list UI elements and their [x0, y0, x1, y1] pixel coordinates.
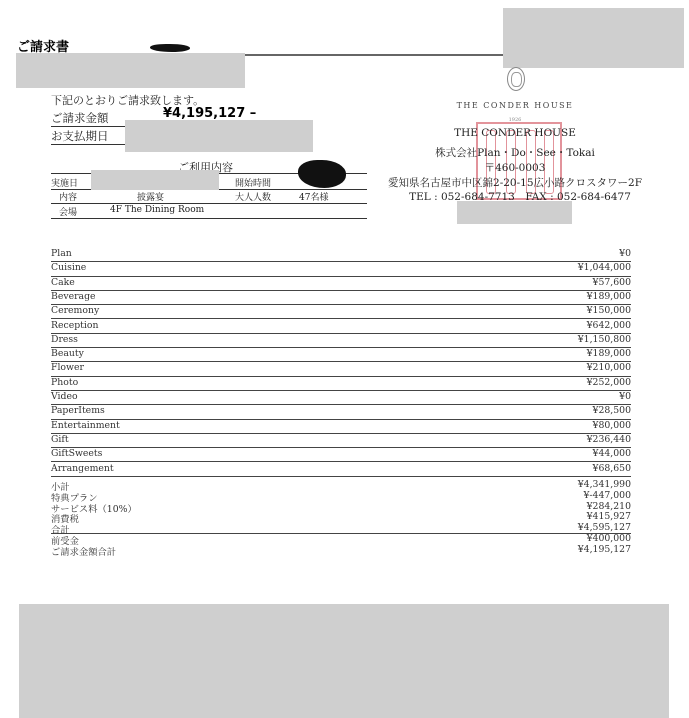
- summary-row: 小計¥4,341,990: [51, 479, 631, 490]
- charge-label: Gift: [51, 434, 69, 445]
- usage-value: 47名様: [299, 190, 328, 203]
- usage-row: 内容 披露宴 大人人数 47名様: [51, 188, 367, 204]
- charge-amount: ¥189,000: [587, 348, 631, 359]
- usage-label: 内容: [59, 190, 77, 203]
- charge-amount: ¥1,044,000: [578, 262, 631, 273]
- due-date-label: お支払期日: [51, 129, 109, 143]
- company-corp: 株式会社Plan・Do・See・Tokai: [415, 145, 615, 160]
- summary-amount: ¥-447,000: [583, 490, 631, 501]
- charge-row: Video¥0: [51, 390, 631, 405]
- charge-row: Beauty¥189,000: [51, 347, 631, 362]
- summary-row: ご請求金額合計¥4,195,127: [51, 544, 631, 555]
- charge-row: Plan¥0: [51, 247, 631, 262]
- charge-label: Ceremony: [51, 305, 99, 316]
- charge-label: Dress: [51, 334, 78, 345]
- charge-amount: ¥236,440: [587, 434, 631, 445]
- summary-amount: ¥415,927: [587, 511, 631, 522]
- charge-amount: ¥0: [619, 391, 631, 402]
- charge-amount: ¥252,000: [587, 377, 631, 388]
- usage-label: 会場: [59, 205, 77, 218]
- charge-amount: ¥642,000: [587, 320, 631, 331]
- redacted-footer: [19, 604, 669, 718]
- charge-amount: ¥68,650: [593, 463, 631, 474]
- summary-amount: ¥284,210: [587, 501, 631, 512]
- company-address: 愛知県名古屋市中区錦2-20-15広小路クロスタワー2F: [380, 175, 650, 190]
- charge-label: Beverage: [51, 291, 96, 302]
- summary-row: 特典プラン¥-447,000: [51, 490, 631, 501]
- charge-label: Video: [51, 391, 78, 402]
- charge-row: Flower¥210,000: [51, 361, 631, 376]
- charge-amount: ¥1,150,800: [578, 334, 631, 345]
- charge-label: Arrangement: [51, 463, 114, 474]
- due-date-row: お支払期日: [51, 128, 126, 145]
- charge-row: Dress¥1,150,800: [51, 333, 631, 348]
- charge-label: Reception: [51, 320, 98, 331]
- redacted-recipient: [16, 53, 245, 88]
- charge-label: Cake: [51, 277, 75, 288]
- charge-amount: ¥189,000: [587, 291, 631, 302]
- redacted-due-date: [125, 120, 313, 152]
- charge-amount: ¥150,000: [587, 305, 631, 316]
- redaction-scribble: [150, 44, 190, 52]
- charge-row: Cuisine¥1,044,000: [51, 261, 631, 276]
- summary-row: 前受金¥400,000: [51, 533, 631, 544]
- charge-amount: ¥210,000: [587, 362, 631, 373]
- charge-label: GiftSweets: [51, 448, 102, 459]
- charge-label: Photo: [51, 377, 78, 388]
- amount-label: ご請求金額: [51, 111, 109, 125]
- charge-row: GiftSweets¥44,000: [51, 447, 631, 462]
- amount-value: ¥4,195,127 –: [163, 106, 256, 121]
- summary-amount: ¥400,000: [587, 533, 631, 544]
- redacted-company-info: [457, 201, 572, 224]
- charge-row: Entertainment¥80,000: [51, 419, 631, 434]
- usage-row: 会場 4F The Dining Room: [51, 203, 367, 219]
- summary-label: ご請求金額合計: [51, 544, 116, 558]
- summary-amount: ¥4,341,990: [578, 479, 631, 490]
- summary-amount: ¥4,595,127: [578, 522, 631, 533]
- charge-amount: ¥57,600: [593, 277, 631, 288]
- brand-logo-icon: [507, 67, 525, 91]
- charge-amount: ¥44,000: [593, 448, 631, 459]
- usage-value: 4F The Dining Room: [110, 205, 204, 215]
- brand-name: THE CONDER HOUSE: [440, 101, 590, 110]
- summary-table: 小計¥4,341,990特典プラン¥-447,000サービス料（10%）¥284…: [51, 479, 631, 559]
- charges-table: Plan¥0Cuisine¥1,044,000Cake¥57,600Bevera…: [51, 247, 631, 479]
- charge-row: Beverage¥189,000: [51, 290, 631, 305]
- summary-row: サービス料（10%）¥284,210: [51, 501, 631, 512]
- charge-label: Flower: [51, 362, 84, 373]
- company-name: THE CONDER HOUSE: [415, 127, 615, 139]
- charge-row: Gift¥236,440: [51, 433, 631, 448]
- charge-row: Arrangement¥68,650: [51, 462, 631, 477]
- charge-label: Beauty: [51, 348, 84, 359]
- usage-label: 大人人数: [235, 190, 271, 203]
- charge-label: Cuisine: [51, 262, 86, 273]
- redacted-header-right: [503, 8, 684, 68]
- charge-row: Cake¥57,600: [51, 276, 631, 291]
- charge-row: PaperItems¥28,500: [51, 404, 631, 419]
- charge-row: Photo¥252,000: [51, 376, 631, 391]
- summary-row: 消費税¥415,927: [51, 511, 631, 522]
- company-postal: 〒460-0003: [465, 160, 565, 175]
- charge-row: Reception¥642,000: [51, 319, 631, 334]
- charge-label: PaperItems: [51, 405, 105, 416]
- charge-label: Plan: [51, 248, 72, 259]
- usage-value: 披露宴: [137, 190, 164, 203]
- charge-amount: ¥80,000: [593, 420, 631, 431]
- charge-amount: ¥28,500: [593, 405, 631, 416]
- summary-amount: ¥4,195,127: [578, 544, 631, 555]
- charge-amount: ¥0: [619, 248, 631, 259]
- charge-row: Ceremony¥150,000: [51, 304, 631, 319]
- charge-label: Entertainment: [51, 420, 120, 431]
- redacted-event-date: [91, 170, 219, 190]
